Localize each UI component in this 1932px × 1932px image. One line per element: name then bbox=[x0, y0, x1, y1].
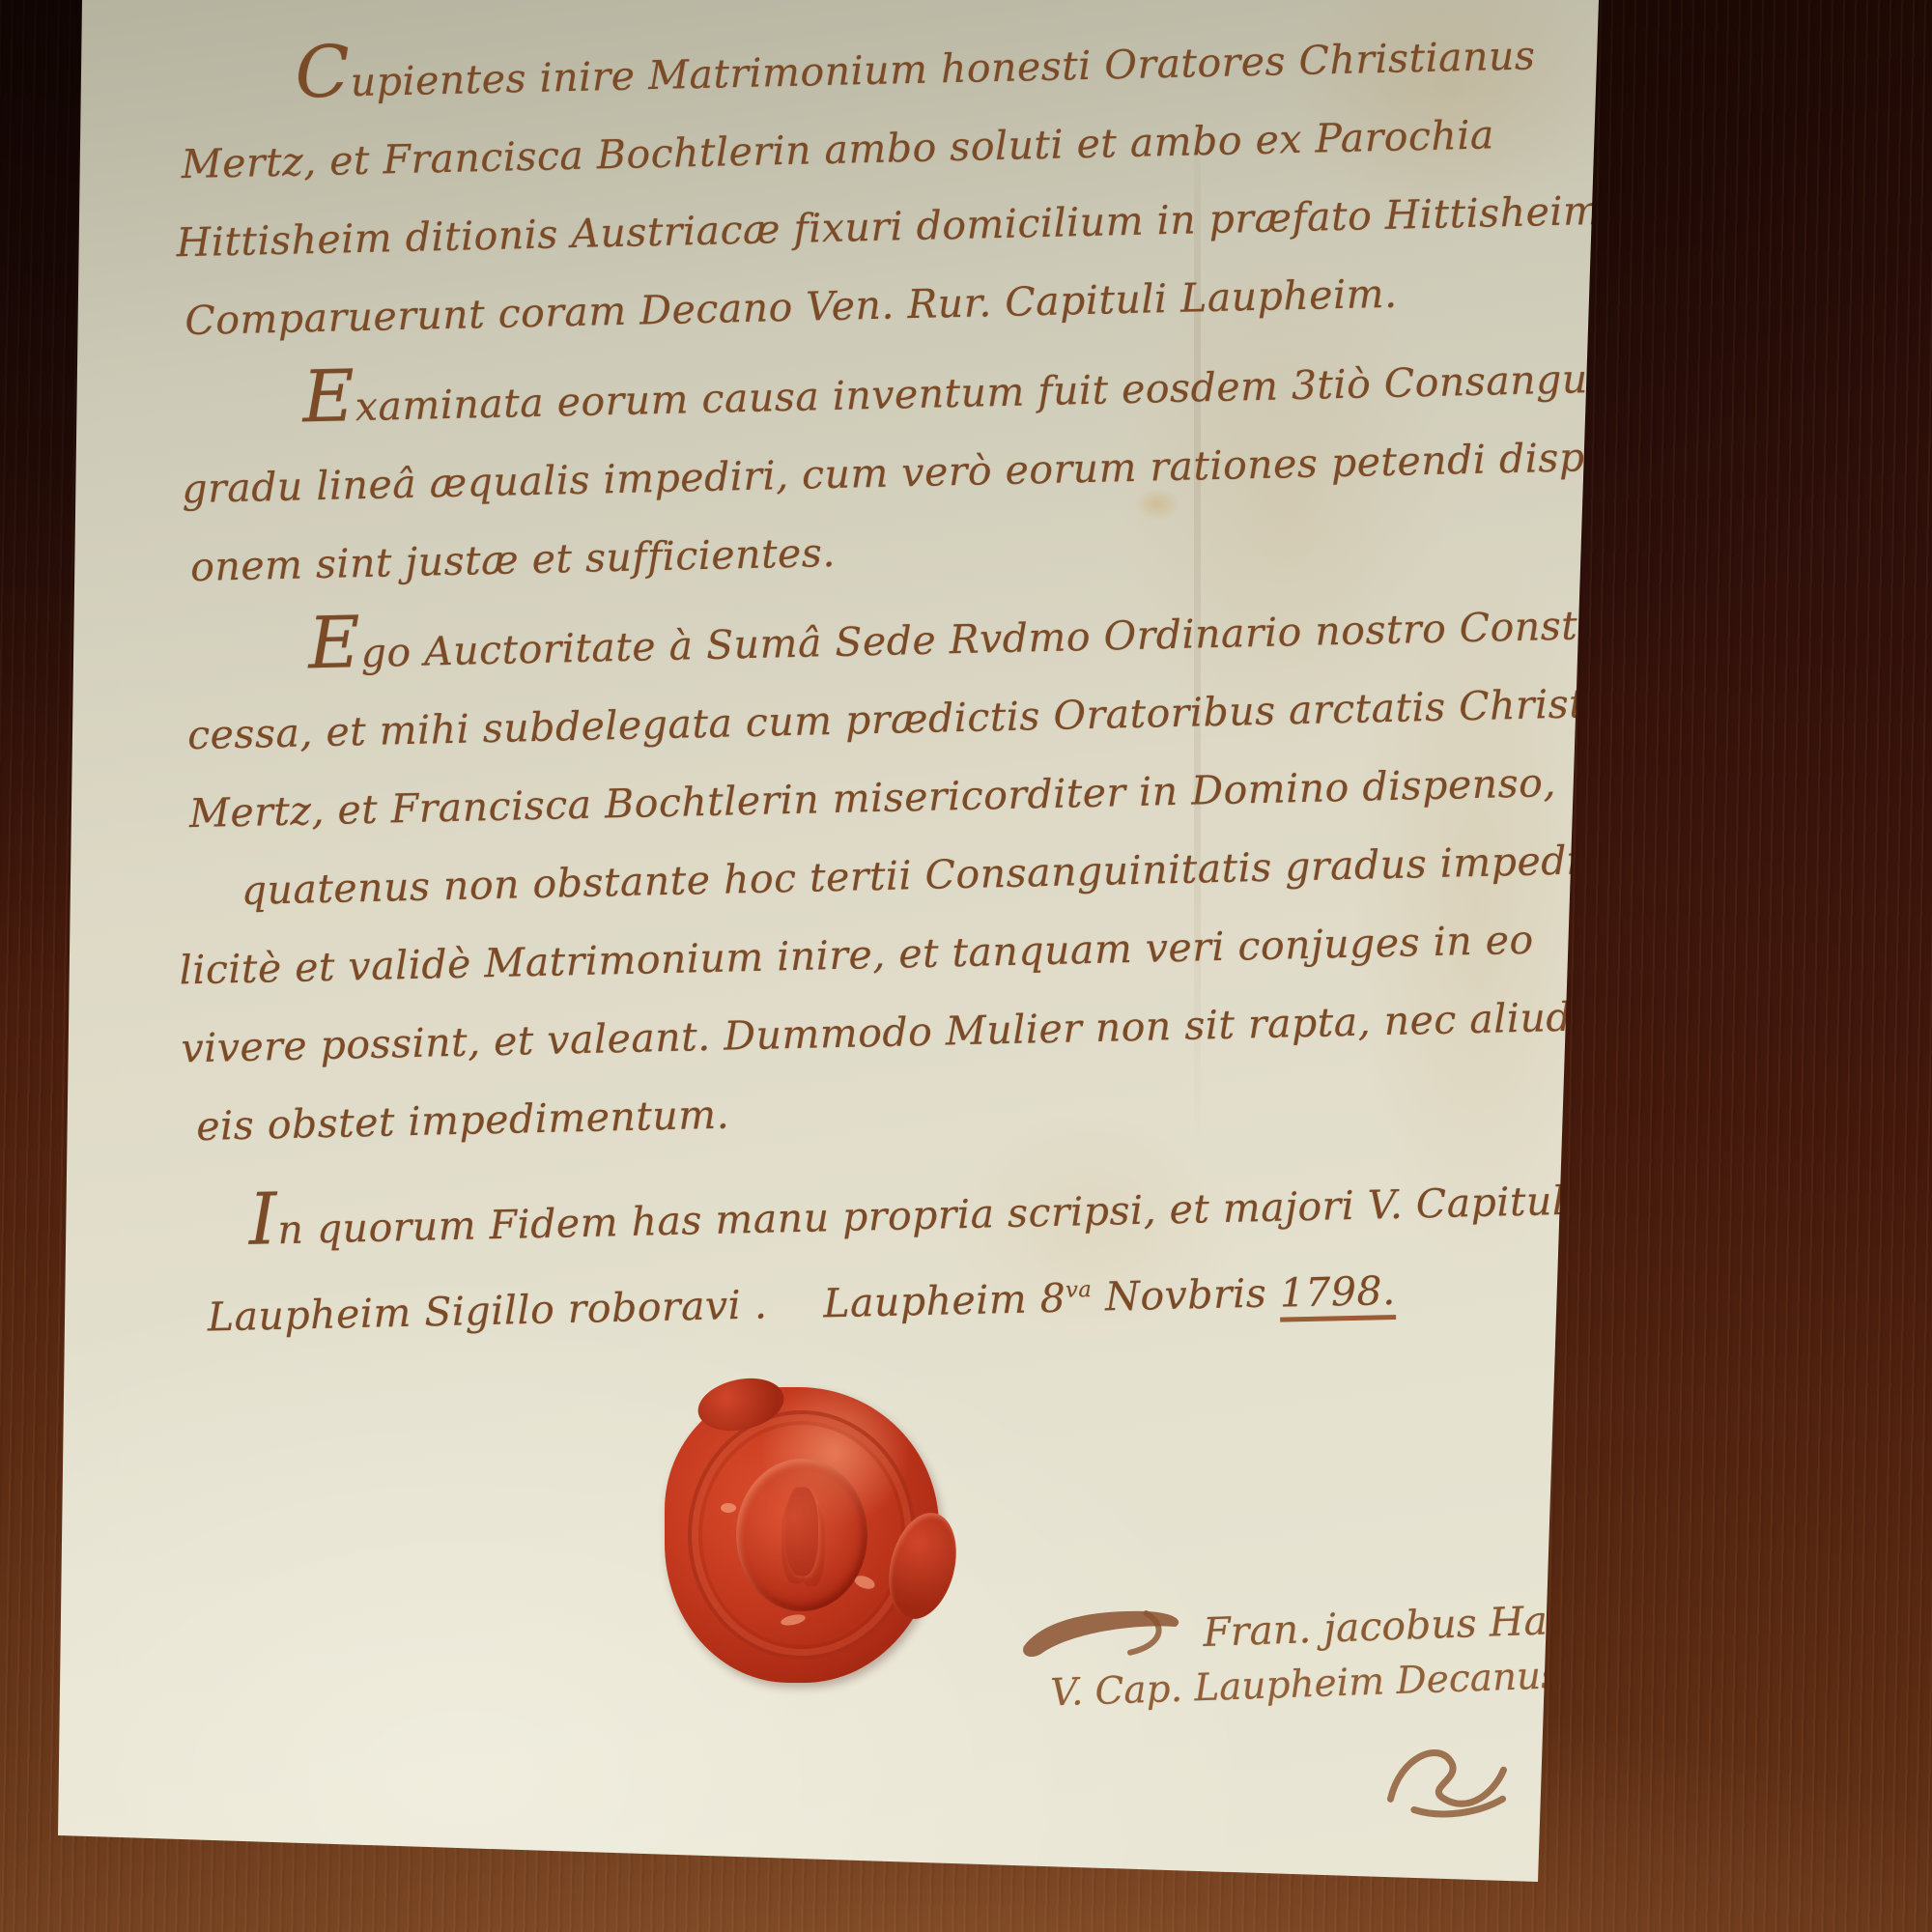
signature-rubric bbox=[1378, 1730, 1526, 1828]
wax-highlight bbox=[780, 1612, 807, 1627]
photo-of-document: { "photo": { "surface": "dark wooden tab… bbox=[0, 0, 1932, 1932]
seal-embossed-figure bbox=[785, 1487, 818, 1576]
red-wax-seal bbox=[665, 1387, 939, 1683]
closing-phrase: Laupheim Sigillo roboravi . bbox=[207, 1281, 768, 1340]
date-day-superscript: va bbox=[1065, 1277, 1093, 1303]
handwritten-text-block: Cupientes inire Matrimonium honesti Orat… bbox=[145, 16, 1584, 1350]
date-year-underlined: 1798. bbox=[1279, 1267, 1396, 1322]
date-month: Novbris bbox=[1092, 1269, 1280, 1320]
signature-flourish bbox=[1014, 1603, 1190, 1670]
wax-highlight bbox=[721, 1503, 736, 1513]
wax-lobe bbox=[878, 1505, 966, 1626]
wax-lobe bbox=[694, 1371, 789, 1438]
date-place-day: Laupheim 8 bbox=[823, 1274, 1066, 1326]
signature-block: Fran. jacobus Harder V. Cap. Laupheim De… bbox=[1014, 1582, 1559, 1716]
wax-highlight bbox=[853, 1574, 877, 1592]
